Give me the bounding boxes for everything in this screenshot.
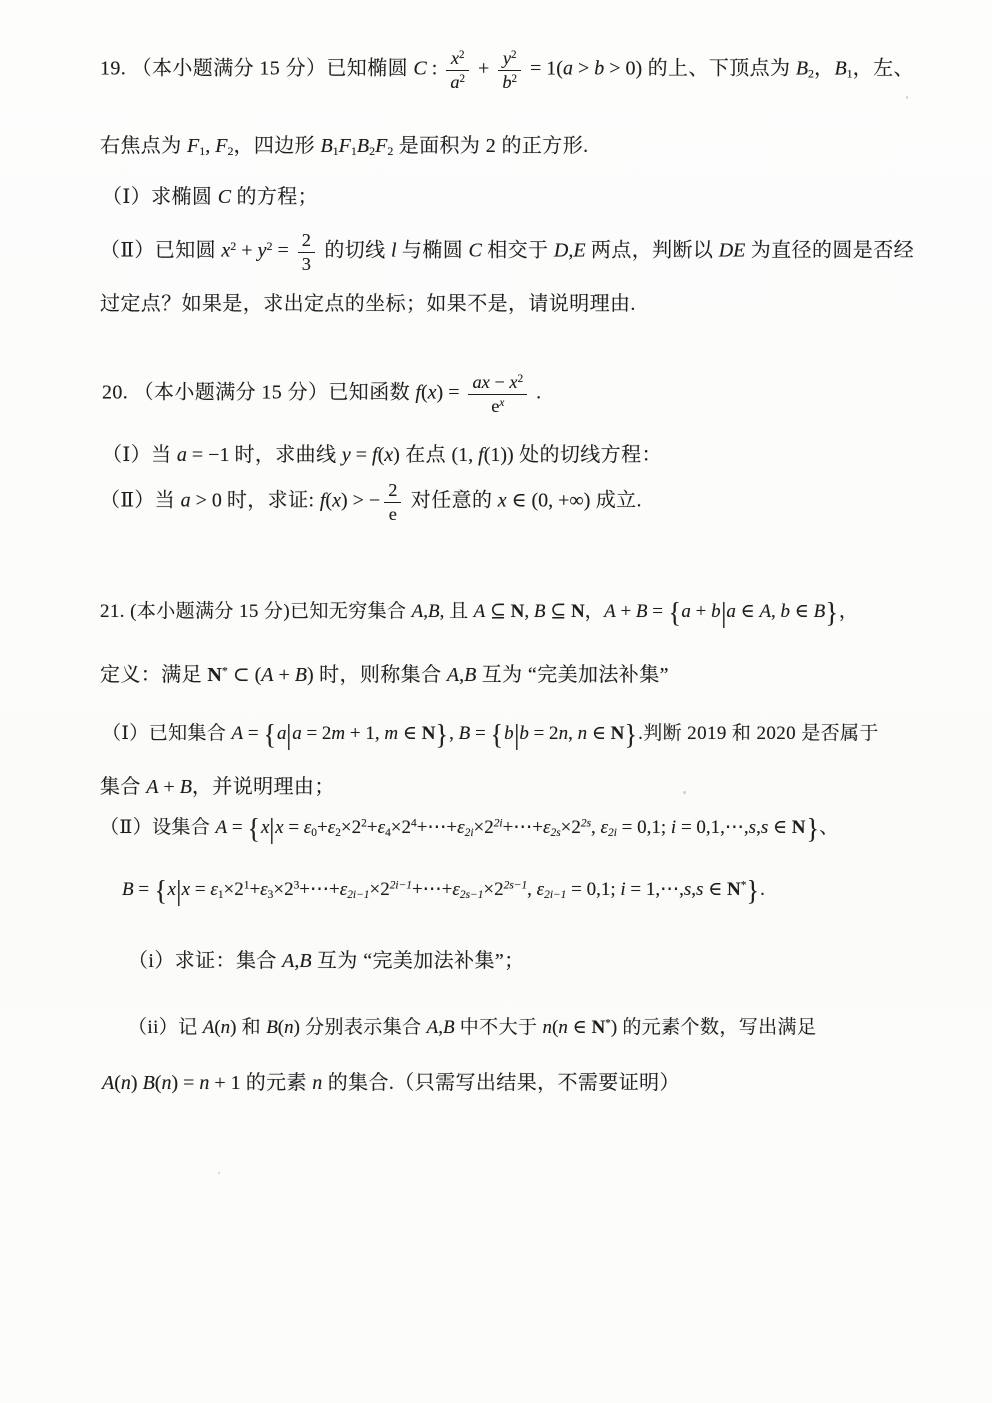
math-variable: n <box>221 1017 231 1038</box>
math-variable: B <box>428 601 440 622</box>
math-variable: A <box>427 1017 439 1038</box>
math-text: ) <box>307 664 314 686</box>
fraction: x2a2 <box>446 48 469 92</box>
problem-20-part-2: （Ⅱ）当 a > 0 时，求证: f(x) > −2e 对任意的 x ∈ (0,… <box>100 480 642 524</box>
math-text: 2 <box>302 230 311 250</box>
superscript: 2 <box>459 49 465 61</box>
math-text: = <box>190 879 210 900</box>
text-run: 两点，判断以 <box>586 240 719 262</box>
text-run: 分别表示集合 <box>300 1017 427 1038</box>
math-variable: n <box>121 1072 131 1094</box>
superscript: 2 <box>512 73 518 85</box>
math-text: = 1,⋯, <box>626 879 684 900</box>
math-variable: A <box>231 723 243 744</box>
text-run: 时，求曲线 <box>234 444 341 466</box>
math-variable: n <box>543 1017 553 1038</box>
math-variable: x <box>428 382 437 404</box>
math-variable: x <box>509 372 517 392</box>
math-text: +⋯+ <box>299 879 339 900</box>
fraction-numerator: x2 <box>446 48 469 71</box>
math-variable: a <box>181 490 191 512</box>
math-text: , <box>568 723 578 744</box>
subscript: 2i−1 <box>347 889 369 901</box>
math-text: +⋯+ <box>417 817 457 838</box>
math-variable: a <box>292 723 302 744</box>
math-text: ×2 <box>391 817 411 838</box>
text-run: 的上、下顶点为 <box>642 58 796 80</box>
math-text: ) > − <box>341 490 380 512</box>
math-text: = 1( <box>525 58 563 80</box>
math-bold-set: N <box>422 723 436 744</box>
text-run: 互为 “完美加法补集” <box>476 664 669 686</box>
text-run: 过定点？如果是，求出定点的坐标；如果不是，请说明理由. <box>100 293 636 315</box>
text-run: ，并说明理由； <box>192 776 335 798</box>
text-run: 的方程； <box>231 186 318 208</box>
math-variable: B <box>534 601 546 622</box>
fraction-denominator: e <box>384 503 401 525</box>
math-text: = 2 <box>302 723 332 744</box>
fraction: ax − x2ex <box>468 372 527 416</box>
math-variable: b <box>711 601 721 622</box>
math-bold-set: N <box>792 817 806 838</box>
math-variable: a <box>681 601 691 622</box>
text-run: 定义：满足 <box>100 664 207 686</box>
text-run: 的元素 <box>246 1072 313 1094</box>
math-variable: B <box>796 58 808 80</box>
math-variable: a <box>726 601 736 622</box>
math-variable: A <box>447 664 459 686</box>
math-text: ∈ <box>790 601 814 622</box>
math-variable: n <box>199 1072 209 1094</box>
math-text: (1, <box>451 444 478 466</box>
fraction: 23 <box>298 230 315 274</box>
math-text: ×2 <box>224 879 244 900</box>
math-text: ∈ <box>398 723 422 744</box>
math-text: 3 <box>302 254 311 274</box>
math-variable: a <box>177 444 187 466</box>
big-delimiter: | <box>287 723 292 749</box>
math-text: + <box>691 601 711 622</box>
math-variable: DE <box>719 240 746 262</box>
math-variable: b <box>519 723 529 744</box>
math-variable: n <box>559 723 569 744</box>
math-variable: n <box>578 723 588 744</box>
superscript: 2s−1 <box>504 880 528 892</box>
text-run: （Ⅱ）设集合 <box>100 817 215 838</box>
math-text: = <box>470 723 490 744</box>
math-variable: n <box>284 1017 294 1038</box>
math-text: +⋯+ <box>412 879 452 900</box>
problem-20-part-1: （Ⅰ）当 a = −1 时，求曲线 y = f(x) 在点 (1, f(1)) … <box>102 442 662 468</box>
fraction: 2e <box>384 480 401 524</box>
subscript: 2s−1 <box>460 889 484 901</box>
math-text: = 2 <box>529 723 559 744</box>
problem-19-line-2: 右焦点为 F1, F2，四边形 B1F1B2F2 是面积为 2 的正方形. <box>100 133 589 159</box>
problem-19-part-2-cont: 过定点？如果是，求出定点的坐标；如果不是，请说明理由. <box>100 291 636 317</box>
subscript: 2s <box>551 827 561 839</box>
superscript: 2s <box>581 818 591 830</box>
math-text: ∈ <box>568 1017 592 1038</box>
math-text: ⊆ <box>546 601 571 622</box>
problem-19-part-1: （Ⅰ）求椭圆 C 的方程； <box>102 184 318 210</box>
math-text: ∈ (0, +∞) <box>507 490 591 512</box>
text-run: 且 <box>449 601 474 622</box>
math-variable: A <box>146 776 158 798</box>
big-delimiter: | <box>270 817 275 843</box>
text-run: 与椭圆 <box>397 240 469 262</box>
math-variable: x <box>275 817 283 838</box>
math-text: + <box>317 817 328 838</box>
text-run: （Ⅱ）当 <box>100 490 181 512</box>
math-text: ×2 <box>483 879 503 900</box>
fraction-numerator: 2 <box>298 230 315 253</box>
math-variable: ε <box>543 817 551 838</box>
math-text: > 0 <box>191 490 227 512</box>
math-variable: B <box>459 723 471 744</box>
superscript: 2i <box>494 818 503 830</box>
math-variable: B <box>320 135 332 157</box>
math-variable: b <box>594 58 604 80</box>
math-variable: A <box>102 1072 114 1094</box>
big-delimiter: | <box>176 879 181 905</box>
problem-20-line-1: 20. （本小题满分 15 分）已知函数 f(x) = ax − x2ex . <box>102 372 541 416</box>
math-variable: x <box>332 490 341 512</box>
text-run: 的元素个数，写出满足 <box>617 1017 816 1038</box>
math-text: + <box>616 601 636 622</box>
math-variable: B <box>357 135 369 157</box>
math-text: ) = <box>437 382 465 404</box>
text-run: 处的切线方程： <box>514 444 662 466</box>
math-text: , <box>524 601 534 622</box>
fraction-numerator: 2 <box>384 480 401 503</box>
big-delimiter: } <box>826 601 838 627</box>
math-variable: F <box>339 135 351 157</box>
scan-speck <box>218 1172 220 1174</box>
math-text: ⊆ <box>485 601 510 622</box>
text-run: ，四边形 <box>233 135 320 157</box>
fraction-denominator: ex <box>468 395 527 417</box>
math-variable: B <box>636 601 648 622</box>
text-run: 集合 <box>100 776 146 798</box>
math-variable: A <box>604 601 616 622</box>
math-text: = <box>351 444 372 466</box>
text-run: 相交于 <box>482 240 554 262</box>
exam-page: 19. （本小题满分 15 分）已知椭圆 C : x2a2 + y2b2 = 1… <box>0 0 992 1403</box>
math-variable: x <box>182 879 190 900</box>
fraction-numerator: y2 <box>498 48 521 71</box>
math-variable: A <box>215 817 227 838</box>
math-text: ∈ <box>703 879 727 900</box>
text-run: 19. （本小题满分 15 分）已知椭圆 <box>100 58 413 80</box>
math-variable: x <box>498 490 507 512</box>
math-variable: B <box>443 1017 455 1038</box>
math-text: = <box>284 817 304 838</box>
math-text: = <box>272 240 293 262</box>
text-run: 右焦点为 <box>100 135 187 157</box>
big-delimiter: | <box>721 601 726 627</box>
math-text: + <box>249 879 260 900</box>
big-delimiter: { <box>248 817 260 843</box>
text-run: 成立. <box>590 490 642 512</box>
text-run: 中不大于 <box>455 1017 543 1038</box>
subscript: 2i <box>465 827 474 839</box>
text-run: 互为 “完美加法补集”； <box>312 950 525 972</box>
math-bold-set: N <box>591 1017 605 1038</box>
math-text: ⊂ ( <box>228 664 261 686</box>
math-variable: C <box>469 240 482 262</box>
text-run: 和 <box>236 1017 266 1038</box>
math-variable: B <box>299 950 311 972</box>
math-variable: x <box>384 444 393 466</box>
math-variable: m <box>331 723 345 744</box>
superscript: 2 <box>518 373 524 385</box>
text-run: （i）求证：集合 <box>128 950 282 972</box>
math-text: . <box>531 382 541 404</box>
text-run: 的集合.（只需写出结果，不需要证明） <box>322 1072 680 1094</box>
superscript: x <box>499 397 504 409</box>
math-variable: C <box>218 186 231 208</box>
fraction: y2b2 <box>498 48 521 92</box>
superscript: * <box>741 880 747 892</box>
math-text: (1)) <box>484 444 514 466</box>
math-variable: A <box>282 950 294 972</box>
math-variable: B <box>834 58 846 80</box>
math-variable: F <box>375 135 387 157</box>
superscript: 2i−1 <box>390 880 412 892</box>
problem-21-part-2-ii-cont: A(n) B(n) = n + 1 的元素 n 的集合.（只需写出结果，不需要证… <box>102 1070 680 1096</box>
math-text: ×2 <box>341 817 361 838</box>
math-variable: s <box>749 817 756 838</box>
math-text: + <box>158 776 179 798</box>
math-text: ) = <box>171 1072 199 1094</box>
math-variable: n <box>161 1072 171 1094</box>
problem-21-part-2-setB: B = {x|x = ε1×21+ε3×23+⋯+ε2i−1×22i−1+⋯+ε… <box>122 878 765 904</box>
math-text: +⋯+ <box>503 817 543 838</box>
math-variable: n <box>312 1072 322 1094</box>
big-delimiter: { <box>155 879 167 905</box>
problem-19-line-1: 19. （本小题满分 15 分）已知椭圆 C : x2a2 + y2b2 = 1… <box>100 48 914 92</box>
text-run: 21. (本小题满分 15 分)已知无穷集合 <box>100 601 412 622</box>
problem-21-part-1: （Ⅰ）已知集合 A = {a|a = 2m + 1, m ∈ N}, B = {… <box>102 722 879 748</box>
math-text: + <box>274 664 295 686</box>
big-delimiter: { <box>264 723 276 749</box>
text-run: （ii）记 <box>128 1017 203 1038</box>
math-variable: B <box>143 1072 155 1094</box>
text-run: ， <box>585 601 604 622</box>
math-variable: A <box>261 664 273 686</box>
big-delimiter: } <box>625 723 637 749</box>
text-run: ，左、 <box>853 58 914 80</box>
fraction-numerator: ax − x2 <box>468 372 527 395</box>
text-run: ， <box>839 601 858 622</box>
math-text: ∈ <box>736 601 760 622</box>
math-variable: A <box>759 601 771 622</box>
text-run: （Ⅰ）当 <box>102 444 177 466</box>
math-text: + <box>367 817 378 838</box>
math-variable: ε <box>601 817 609 838</box>
big-delimiter: } <box>747 879 759 905</box>
math-text: = 0,1; <box>617 817 671 838</box>
math-variable: F <box>215 135 227 157</box>
big-delimiter: | <box>514 723 519 749</box>
math-text: , <box>527 879 537 900</box>
problem-19-part-2: （Ⅱ）已知圆 x2 + y2 = 23 的切线 l 与椭圆 C 相交于 D,E … <box>100 230 914 274</box>
math-text: + 1 <box>209 1072 245 1094</box>
math-variable: b <box>781 601 791 622</box>
problem-21-part-1-cont: 集合 A + B，并说明理由； <box>100 774 335 800</box>
math-variable: B <box>266 1017 278 1038</box>
math-variable: ax <box>472 372 489 392</box>
math-text: ×2 <box>474 817 494 838</box>
math-text: ∈ <box>587 723 611 744</box>
math-variable: D <box>554 240 568 262</box>
math-variable: x <box>451 48 459 68</box>
text-run: 对任意的 <box>405 490 497 512</box>
superscript: 2 <box>460 73 466 85</box>
math-variable: a <box>450 72 459 92</box>
math-variable: ε <box>378 817 386 838</box>
problem-21-part-2-setA: （Ⅱ）设集合 A = {x|x = ε0+ε2×22+ε4×24+⋯+ε2i×2… <box>100 816 839 842</box>
math-text: ) <box>131 1072 143 1094</box>
math-text: > <box>573 58 594 80</box>
text-run: 时，则称集合 <box>314 664 447 686</box>
math-bold-set: N <box>611 723 625 744</box>
text-run: （Ⅱ）已知圆 <box>100 240 221 262</box>
math-text: ( <box>114 1072 121 1094</box>
text-run: 、 <box>819 817 838 838</box>
math-variable: A <box>203 1017 215 1038</box>
math-variable: ε <box>210 879 218 900</box>
text-run: 时，求证: <box>227 490 320 512</box>
math-text: e <box>389 504 397 524</box>
math-variable: F <box>187 135 199 157</box>
math-text: ) <box>393 444 400 466</box>
math-bold-set: N <box>571 601 585 622</box>
subscript: 2i−1 <box>544 889 566 901</box>
math-variable: E <box>573 240 585 262</box>
math-variable: b <box>504 723 514 744</box>
big-delimiter: { <box>668 601 680 627</box>
math-text: . <box>760 879 765 900</box>
math-variable: ε <box>457 817 465 838</box>
math-text: , <box>449 723 459 744</box>
math-text: ×2 <box>561 817 581 838</box>
math-text: 2 <box>388 480 397 500</box>
math-text: ×2 <box>273 879 293 900</box>
math-variable: a <box>277 723 287 744</box>
problem-21-line-1: 21. (本小题满分 15 分)已知无穷集合 A,B, 且 A ⊆ N, B ⊆… <box>100 600 858 626</box>
math-text: = <box>648 601 668 622</box>
scan-speck <box>906 96 908 99</box>
math-variable: y <box>503 48 511 68</box>
text-run: 的切线 <box>319 240 391 262</box>
math-variable: B <box>464 664 476 686</box>
math-text: + <box>236 240 257 262</box>
math-variable: ε <box>260 879 268 900</box>
text-run: （Ⅰ）求椭圆 <box>102 186 218 208</box>
math-text: = <box>243 723 263 744</box>
math-text: ×2 <box>369 879 389 900</box>
math-variable: b <box>502 72 511 92</box>
math-variable: A <box>474 601 486 622</box>
math-text: + 1, <box>345 723 384 744</box>
math-variable: n <box>558 1017 568 1038</box>
math-text: , <box>771 601 781 622</box>
math-text: − <box>490 372 510 392</box>
text-run: 是面积为 2 的正方形. <box>393 135 588 157</box>
big-delimiter: } <box>806 817 818 843</box>
scan-speck <box>683 791 686 794</box>
math-variable: A <box>412 601 424 622</box>
math-variable: B <box>295 664 307 686</box>
subscript: 2i <box>608 827 617 839</box>
text-run: 在点 <box>400 444 452 466</box>
big-delimiter: } <box>436 723 448 749</box>
text-run: ， <box>814 58 834 80</box>
math-text: , <box>440 601 450 622</box>
text-run: 为直径的圆是否经 <box>745 240 914 262</box>
text-run: .判断 2019 和 2020 是否属于 <box>638 723 879 744</box>
problem-21-line-2: 定义：满足 N* ⊂ (A + B) 时，则称集合 A,B 互为 “完美加法补集… <box>100 662 669 688</box>
math-bold-set: N <box>207 664 221 686</box>
math-variable: x <box>261 817 269 838</box>
math-text: + <box>473 58 494 80</box>
math-variable: y <box>342 444 351 466</box>
math-variable: a <box>563 58 573 80</box>
problem-21-part-2-i: （i）求证：集合 A,B 互为 “完美加法补集”； <box>128 948 525 974</box>
math-text: = <box>134 879 154 900</box>
math-bold-set: N <box>511 601 525 622</box>
fraction-denominator: a2 <box>446 71 469 93</box>
math-bold-set: N <box>727 879 741 900</box>
math-variable: x <box>221 240 230 262</box>
math-text: , <box>591 817 601 838</box>
text-run: 20. （本小题满分 15 分）已知函数 <box>102 382 415 404</box>
math-variable: m <box>384 723 398 744</box>
big-delimiter: { <box>491 723 503 749</box>
text-run: （Ⅰ）已知集合 <box>102 723 231 744</box>
math-variable: B <box>814 601 826 622</box>
math-text: ( <box>421 382 428 404</box>
math-text: , <box>205 135 215 157</box>
math-text: = 0,1,⋯, <box>676 817 748 838</box>
math-text: > 0) <box>604 58 642 80</box>
math-text: = <box>227 817 247 838</box>
superscript: 2 <box>511 49 517 61</box>
math-text: ∈ <box>768 817 792 838</box>
problem-21-part-2-ii: （ii）记 A(n) 和 B(n) 分别表示集合 A,B 中不大于 n(n ∈ … <box>128 1016 816 1041</box>
math-text: : <box>427 58 443 80</box>
math-variable: x <box>168 879 176 900</box>
fraction-denominator: 3 <box>298 253 315 275</box>
math-variable: ε <box>452 879 460 900</box>
math-variable: B <box>122 879 134 900</box>
math-text: = −1 <box>187 444 235 466</box>
math-variable: C <box>413 58 426 80</box>
math-variable: B <box>180 776 192 798</box>
fraction-denominator: b2 <box>498 71 521 93</box>
math-text: = 0,1; <box>566 879 620 900</box>
